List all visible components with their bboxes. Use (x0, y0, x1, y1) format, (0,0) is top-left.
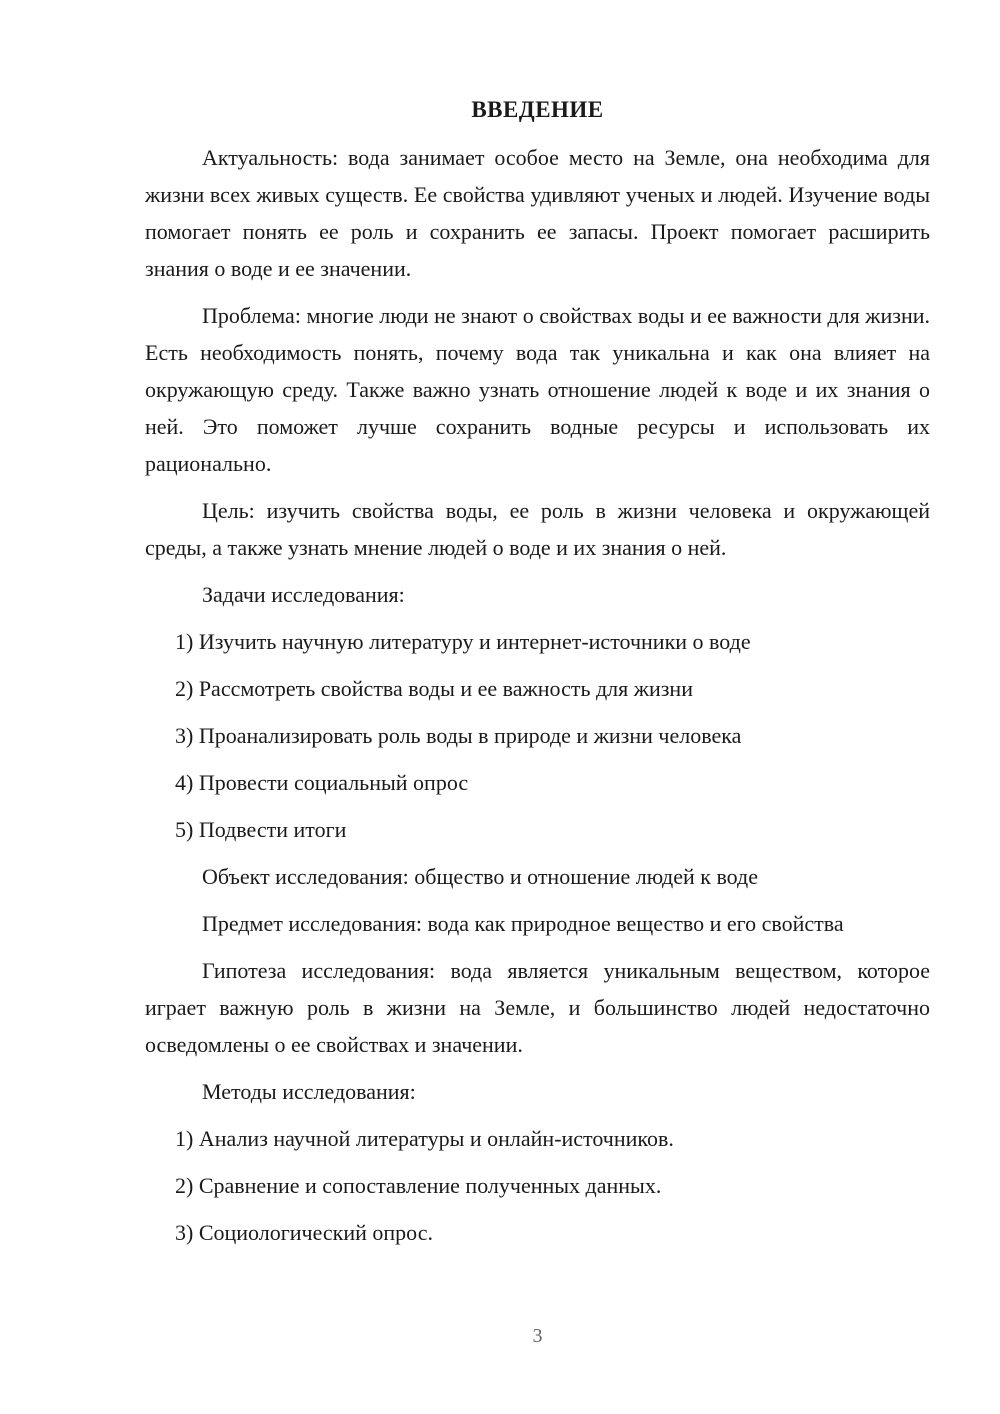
page-number: 3 (145, 1318, 930, 1354)
paragraph-methods-heading: Методы исследования: (145, 1073, 930, 1110)
paragraph-object: Объект исследования: общество и отношени… (145, 858, 930, 895)
paragraph-hypothesis: Гипотеза исследования: вода является уни… (145, 952, 930, 1063)
paragraph-subject: Предмет исследования: вода как природное… (145, 905, 930, 942)
task-item-3: 3) Проанализировать роль воды в природе … (145, 717, 930, 754)
page-title: ВВЕДЕНИЕ (145, 91, 930, 128)
task-item-1: 1) Изучить научную литературу и интернет… (145, 623, 930, 660)
task-item-5: 5) Подвести итоги (145, 811, 930, 848)
paragraph-tasks-heading: Задачи исследования: (145, 576, 930, 613)
task-item-4: 4) Провести социальный опрос (145, 764, 930, 801)
method-item-2: 2) Сравнение и сопоставление полученных … (145, 1167, 930, 1204)
paragraph-goal: Цель: изучить свойства воды, ее роль в ж… (145, 492, 930, 566)
paragraph-relevance: Актуальность: вода занимает особое место… (145, 139, 930, 287)
paragraph-problem: Проблема: многие люди не знают о свойств… (145, 297, 930, 482)
task-item-2: 2) Рассмотреть свойства воды и ее важнос… (145, 670, 930, 707)
method-item-3: 3) Социологический опрос. (145, 1214, 930, 1251)
document-page: ВВЕДЕНИЕ Актуальность: вода занимает осо… (0, 0, 1000, 1414)
document-body: ВВЕДЕНИЕ Актуальность: вода занимает осо… (145, 91, 930, 1261)
method-item-1: 1) Анализ научной литературы и онлайн-ис… (145, 1120, 930, 1157)
